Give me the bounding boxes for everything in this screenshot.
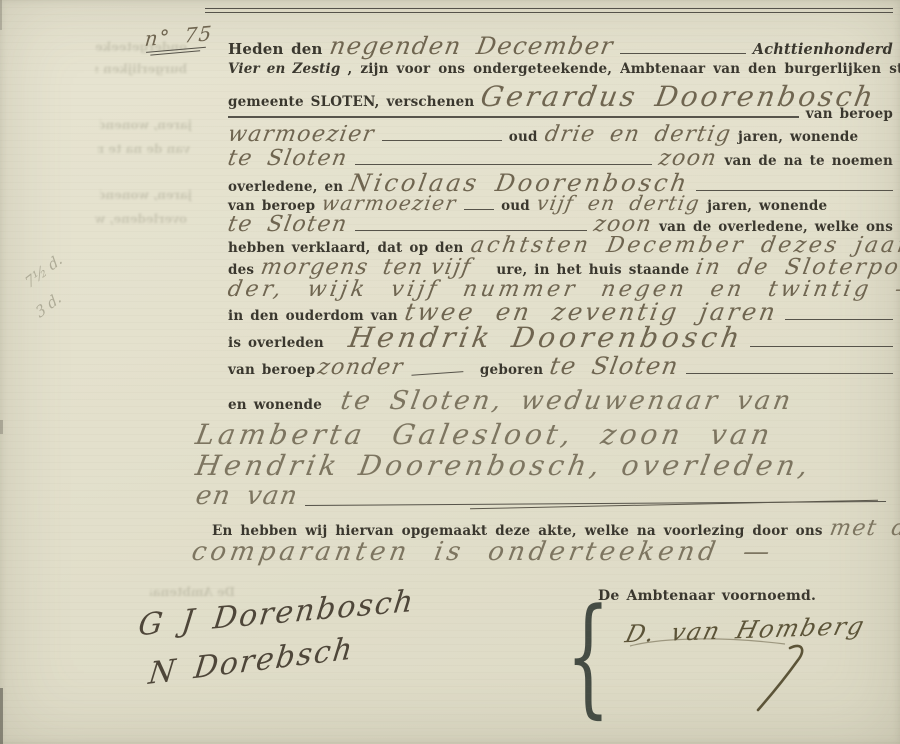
hw-occupation: warmoezier	[226, 122, 377, 147]
hw-age: drie en dertig	[542, 122, 733, 147]
hw-residence-widower: te Sloten, weduwenaar van	[338, 386, 795, 416]
ruled-line	[355, 152, 652, 165]
scan-edge-artifact	[0, 0, 2, 30]
ruled-line	[750, 334, 893, 347]
printed-oud: oud	[509, 129, 538, 145]
ruled-line	[464, 197, 494, 210]
pencil-margin-note: 7½ d.	[22, 250, 65, 292]
ruled-line	[620, 41, 745, 54]
printed-text: jaren, wonende	[738, 129, 858, 145]
line-beroep-rule: van beroep	[228, 104, 893, 122]
ruled-line	[686, 361, 893, 374]
ruled-line	[411, 359, 464, 376]
printed-geboren: geboren	[480, 362, 543, 378]
hw-father-name: Hendrik Doorenbosch, overleden,	[193, 449, 814, 482]
hw-birthplace: te Sloten	[548, 352, 682, 380]
signature-declarant2: N Dorebsch	[147, 631, 357, 692]
hw-deceased-name: Hendrik Doorenbosch	[346, 321, 746, 354]
hw-occupation: zonder	[316, 355, 406, 380]
ruled-line	[305, 489, 886, 506]
hw-en-van: en van	[193, 481, 301, 511]
line-year-officials: Vier en Zestig , zijn voor ons ondergete…	[228, 61, 893, 77]
printed-year-hundreds: Achttienhonderd	[753, 41, 893, 58]
line-deceased-occupation-birthplace: van beroep zonder geboren te Sloten	[228, 352, 893, 380]
bleedthrough-text: van de na te noemen	[98, 142, 190, 156]
pencil-margin-note: 3 d.	[32, 288, 64, 321]
scan-edge-artifact	[0, 420, 3, 434]
ruled-line	[228, 104, 799, 118]
printed-text: ure, in het huis staande	[496, 262, 689, 278]
ruled-line	[785, 307, 893, 320]
printed-des: des	[228, 262, 254, 278]
hw-record-date: negenden December	[327, 32, 616, 60]
line-deceased-residence: en wonende te Sloten, weduwenaar van	[228, 386, 893, 416]
ruled-line	[355, 218, 587, 231]
printed-en-wonende: en wonende	[228, 397, 322, 413]
bleedthrough-text: jaren, wonende	[100, 188, 192, 202]
printed-van-beroep: van beroep	[228, 362, 315, 378]
bleedthrough-text: overledene, welke ons	[95, 212, 187, 226]
line-spouse-name: Lamberta Galesloot, zoon van	[196, 418, 896, 451]
printed-year-tens: Vier en Zestig	[228, 61, 341, 77]
ruled-line	[696, 178, 893, 191]
hw-residence: te Sloten	[226, 146, 350, 171]
line-father-name: Hendrik Doorenbosch, overleden,	[196, 449, 896, 482]
death-record-scan: ondergeteekende den burgerlijken stand d…	[0, 0, 900, 744]
bleedthrough-text: jaren, wonende	[100, 118, 192, 132]
line-closing-handwritten: comparanten is onderteekend —	[192, 537, 892, 567]
scan-edge-artifact	[0, 688, 3, 744]
ruled-line	[382, 128, 502, 141]
act-number: n° 75	[144, 21, 214, 56]
printed-van-beroep: van beroep	[806, 106, 893, 122]
hw-spouse-name: Lamberta Galesloot, zoon van	[193, 418, 776, 451]
line-deceased-name: is overleden Hendrik Doorenbosch	[228, 321, 893, 354]
hw-closing-signed: comparanten is onderteekend —	[189, 537, 776, 567]
line-opening: Heden den negenden December Achttienhond…	[228, 32, 893, 60]
printed-is-overleden: is overleden	[228, 335, 324, 351]
printed-text: , zijn voor ons ondergeteekende, Ambtena…	[348, 61, 900, 77]
signature-flourish	[600, 600, 860, 730]
line-declarant1-occupation-age: warmoezier oud drie en dertig jaren, won…	[228, 122, 893, 147]
printed-text: van de na te noemen	[724, 153, 893, 169]
printed-text: hebben verklaard, dat op den	[228, 240, 464, 256]
bleedthrough-text: burgerlijken stand der	[95, 62, 187, 76]
hw-relation: zoon	[657, 146, 720, 171]
bleedthrough-text: De Ambtenaar voornoemd.	[150, 585, 235, 599]
line-declarant1-residence: te Sloten zoon van de na te noemen	[228, 146, 893, 171]
top-double-rule	[205, 8, 893, 13]
printed-heden-den: Heden den	[228, 40, 323, 58]
